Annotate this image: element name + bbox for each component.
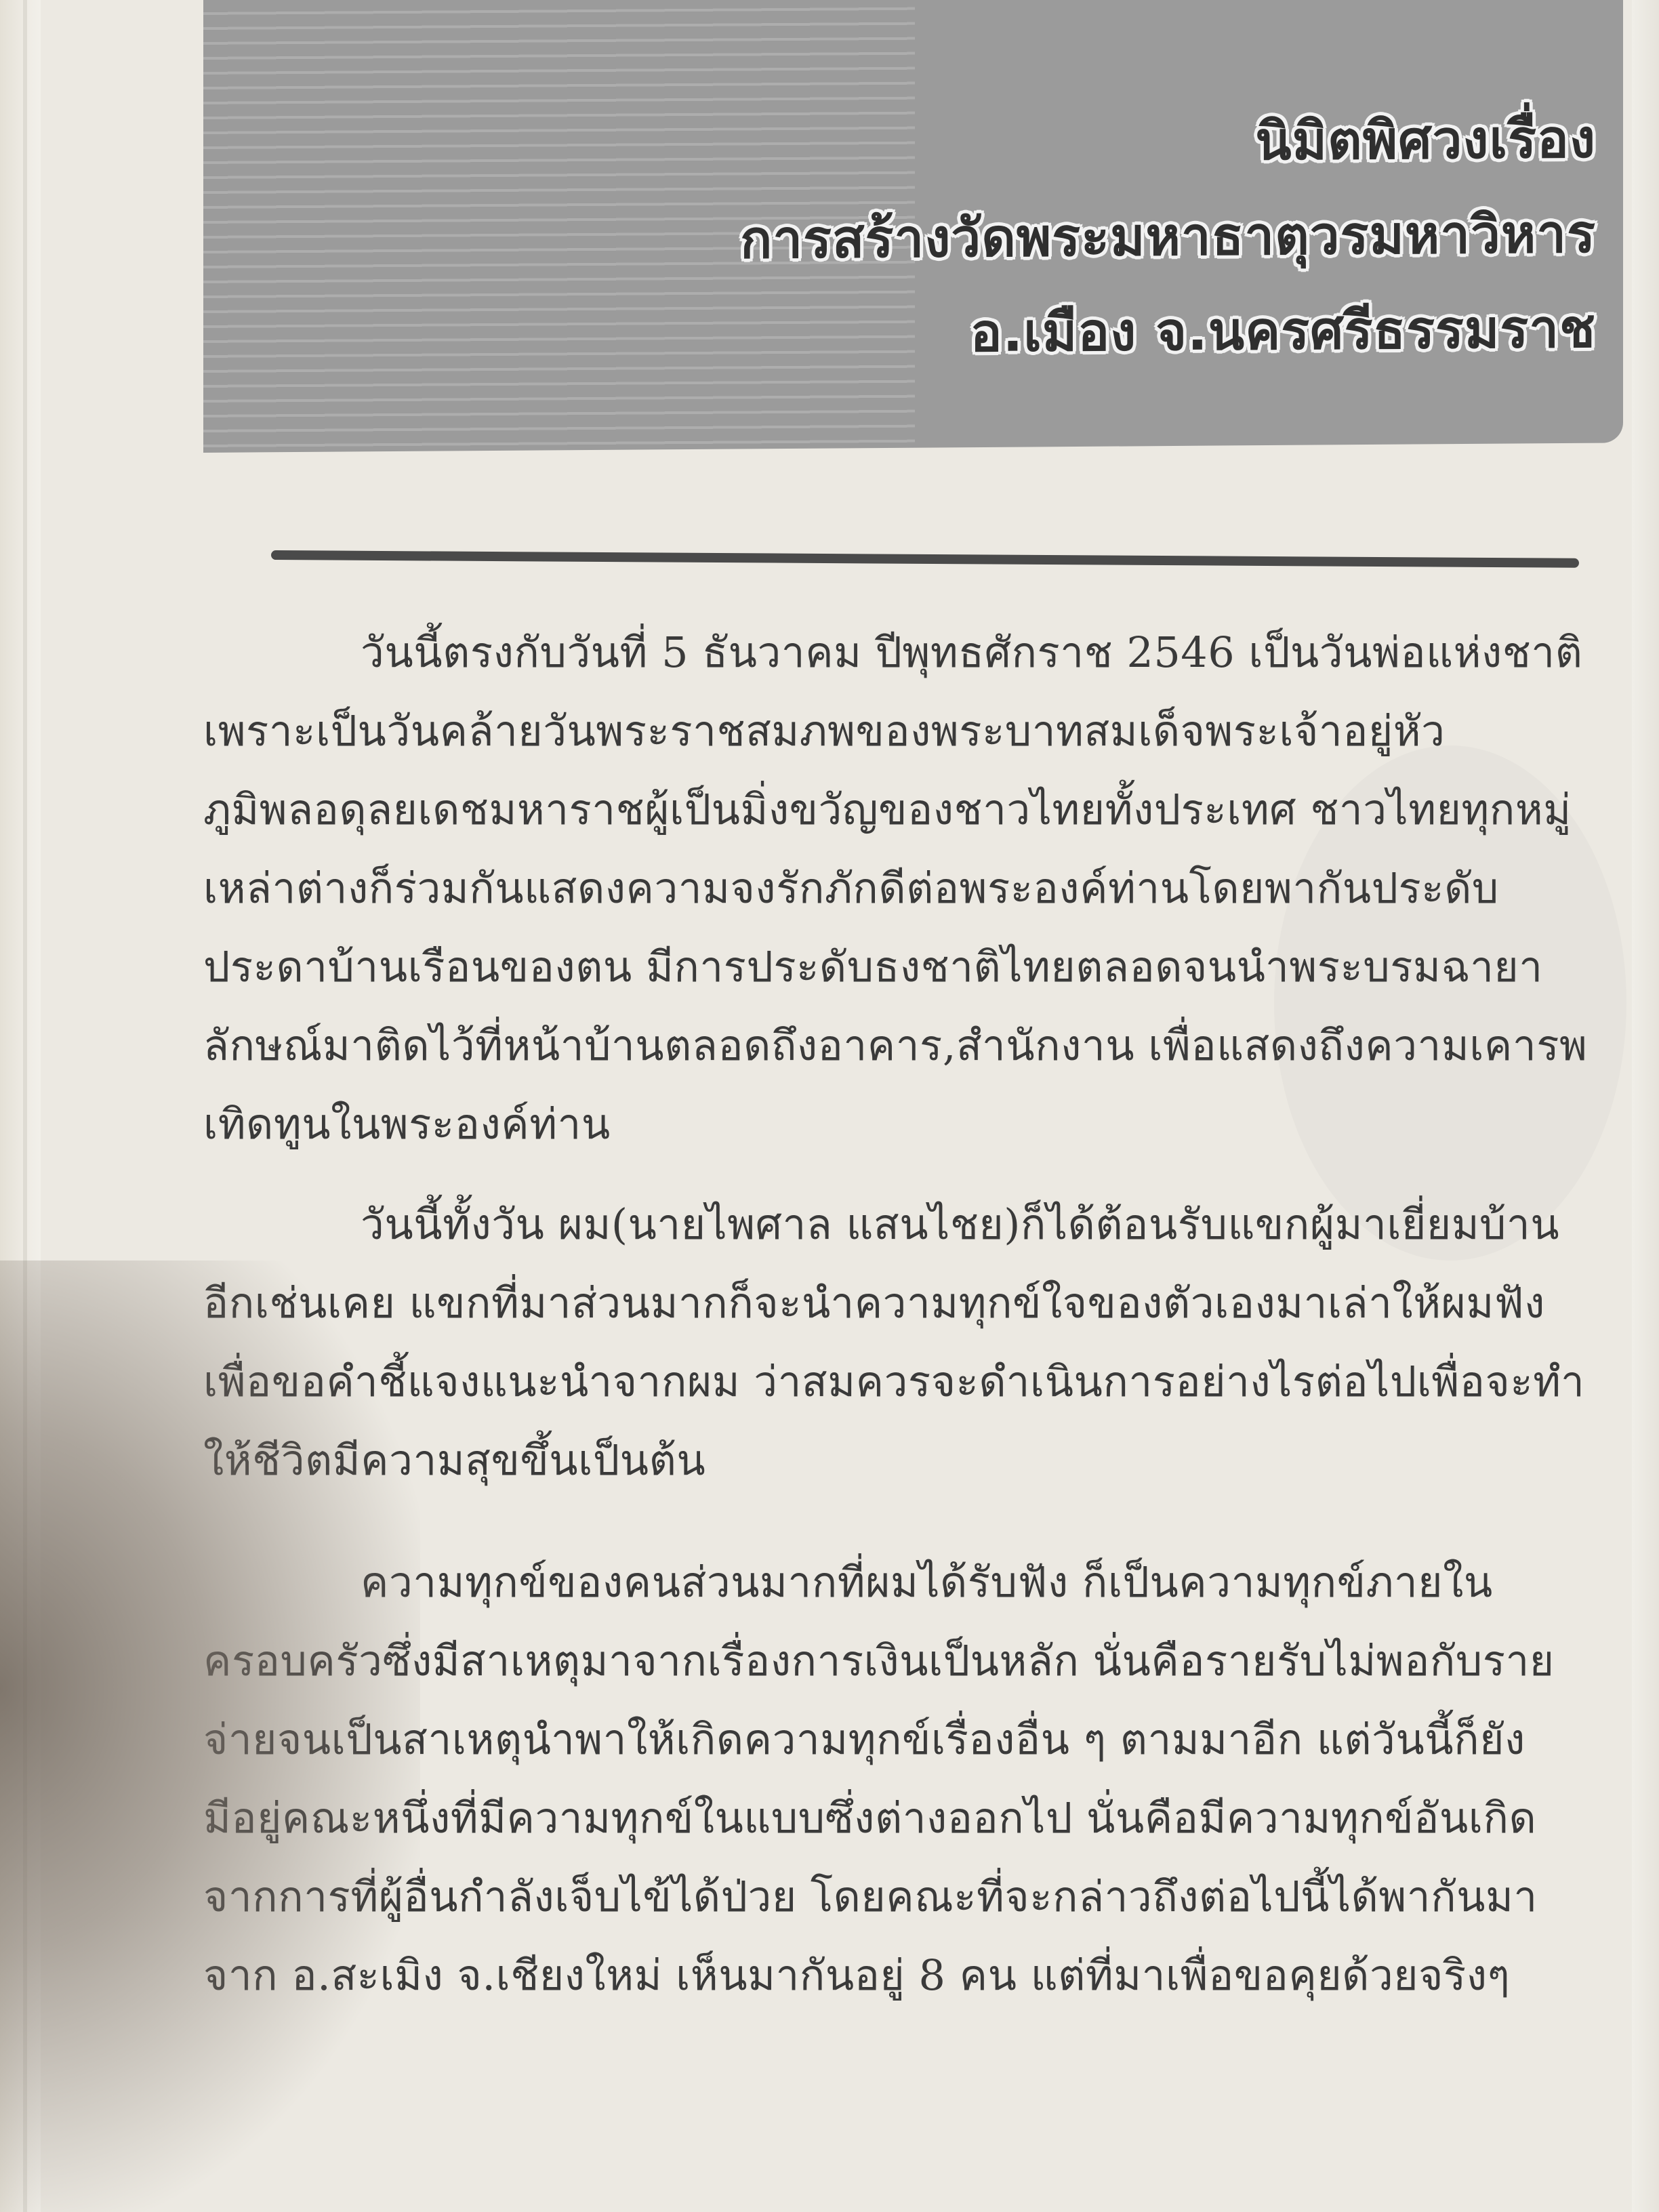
text-line: ความทุกข์ของคนส่วนมากที่ผมได้รับฟัง ก็เป… (203, 1543, 1659, 1622)
text-line: เพื่อขอคำชี้แจงแนะนำจากผม ว่าสมควรจะดำเน… (203, 1343, 1659, 1421)
text-line: มีอยู่คณะหนึ่งที่มีความทุกข์ในแบบซึ่งต่า… (203, 1779, 1659, 1858)
chapter-title: นิมิตพิศวงเรื่อง การสร้างวัดพระมหาธาตุวร… (740, 92, 1596, 383)
paragraph-spacer (203, 1164, 1659, 1185)
book-gutter (0, 0, 41, 2212)
chapter-title-line-1: นิมิตพิศวงเรื่อง (740, 92, 1596, 193)
text-line: อีกเช่นเคย แขกที่มาส่วนมากก็จะนำความทุกข… (203, 1264, 1659, 1343)
text-line: ครอบครัวซึ่งมีสาเหตุมาจากเรื่องการเงินเป… (203, 1622, 1659, 1700)
paragraph-3: ความทุกข์ของคนส่วนมากที่ผมได้รับฟัง ก็เป… (203, 1543, 1659, 2015)
text-line: วันนี้ตรงกับวันที่ 5 ธันวาคม ปีพุทธศักรา… (203, 613, 1659, 692)
article-body: วันนี้ตรงกับวันที่ 5 ธันวาคม ปีพุทธศักรา… (203, 613, 1659, 2015)
chapter-header-band: นิมิตพิศวงเรื่อง การสร้างวัดพระมหาธาตุวร… (203, 0, 1623, 453)
text-line: ภูมิพลอดุลยเดชมหาราชผู้เป็นมิ่งขวัญของชา… (203, 771, 1659, 849)
text-line: จ่ายจนเป็นสาเหตุนำพาให้เกิดความทุกข์เรื่… (203, 1700, 1659, 1779)
text-line: เพราะเป็นวันคล้ายวันพระราชสมภพของพระบาทส… (203, 692, 1659, 771)
text-line: จาก อ.สะเมิง จ.เชียงใหม่ เห็นมากันอยู่ 8… (203, 1936, 1659, 2015)
text-line: เหล่าต่างก็ร่วมกันแสดงความจงรักภักดีต่อพ… (203, 849, 1659, 928)
paragraph-1: วันนี้ตรงกับวันที่ 5 ธันวาคม ปีพุทธศักรา… (203, 613, 1659, 1164)
gutter-line (23, 0, 27, 2212)
paragraph-spacer (203, 1500, 1659, 1543)
text-line: เทิดทูนในพระองค์ท่าน (203, 1085, 1659, 1164)
text-line: วันนี้ทั้งวัน ผม(นายไพศาล แสนไชย)ก็ได้ต้… (203, 1185, 1659, 1264)
section-divider (271, 550, 1579, 568)
text-line: จากการที่ผู้อื่นกำลังเจ็บไข้ได้ป่วย โดยค… (203, 1858, 1659, 1936)
paragraph-2: วันนี้ทั้งวัน ผม(นายไพศาล แสนไชย)ก็ได้ต้… (203, 1185, 1659, 1500)
chapter-title-line-2: การสร้างวัดพระมหาธาตุวรมหาวิหาร (740, 187, 1596, 288)
text-line: ประดาบ้านเรือนของตน มีการประดับธงชาติไทย… (203, 928, 1659, 1006)
text-line: ให้ชีวิตมีความสุขขึ้นเป็นต้น (203, 1421, 1659, 1500)
text-line: ลักษณ์มาติดไว้ที่หน้าบ้านตลอดถึงอาคาร,สำ… (203, 1006, 1659, 1085)
chapter-title-line-3: อ.เมือง จ.นครศรีธรรมราช (740, 282, 1596, 383)
